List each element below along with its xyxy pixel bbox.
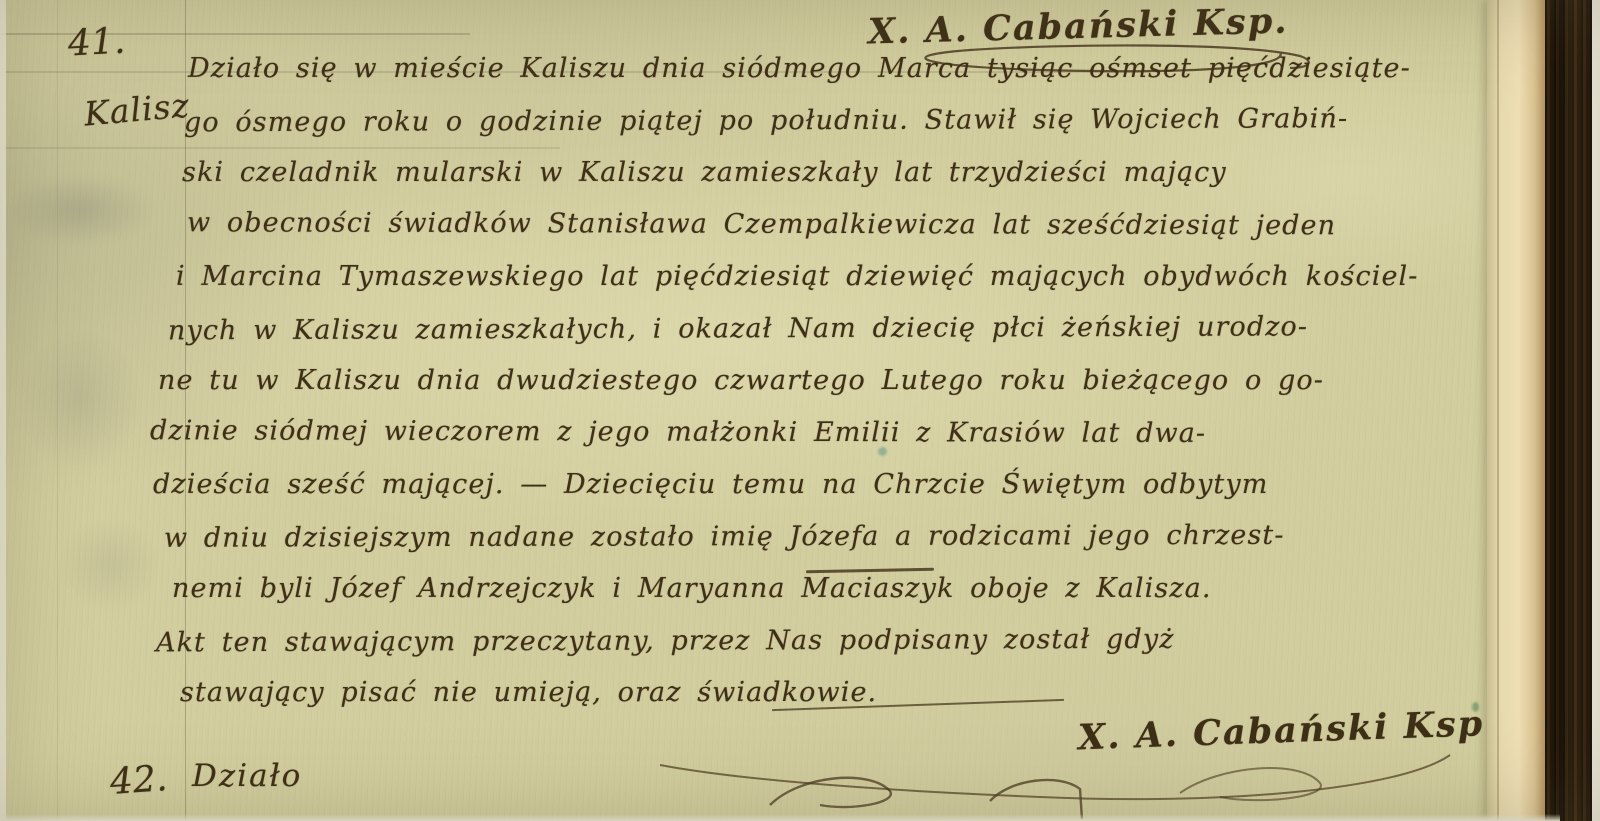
- document-scan: 41. Kalisz X. A. Cabański Ksp. Działo si…: [0, 0, 1600, 821]
- record-line: nych w Kaliszu zamieszkałych, i okazał N…: [168, 311, 1495, 368]
- record-line: dzieścia sześć mającej. — Dziecięciu tem…: [153, 469, 1495, 521]
- ink-bleedthrough: [60, 520, 160, 610]
- record-line: ski czeladnik mularski w Kaliszu zamiesz…: [182, 157, 1495, 209]
- priest-signature-top: X. A. Cabański Ksp.: [868, 1, 1289, 53]
- scan-edge: [1592, 0, 1600, 821]
- next-act-number: 42.: [109, 758, 169, 803]
- page-edge: [1487, 0, 1545, 821]
- record-line: w obecności świadków Stanisława Czempalk…: [187, 207, 1495, 262]
- act-number: 41.: [67, 21, 126, 65]
- record-body: Działo się w mieście Kaliszu dnia siódme…: [150, 53, 1495, 729]
- record-line: nemi byli Józef Andrzejczyk i Maryanna M…: [172, 573, 1495, 625]
- ink-bleedthrough: [20, 330, 140, 470]
- record-line: Akt ten stawającym przeczytany, przez Na…: [156, 623, 1495, 680]
- margin-rule: [57, 0, 58, 821]
- record-line: dzinie siódmej wieczorem z jego małżonki…: [150, 415, 1495, 471]
- record-line: w dniu dzisiejszym nadane zostało imię J…: [164, 519, 1495, 574]
- book-binding: [1545, 0, 1592, 821]
- record-line: go ósmego roku o godzinie piątej po połu…: [184, 103, 1495, 160]
- next-record-partial: Działo: [192, 758, 302, 794]
- ink-bleedthrough: [6, 175, 156, 245]
- record-line: i Marcina Tymaszewskiego lat pięćdziesią…: [176, 261, 1495, 313]
- scan-edge: [0, 0, 6, 821]
- record-line: Działo się w mieście Kaliszu dnia siódme…: [188, 53, 1495, 105]
- scan-edge: [0, 814, 1560, 821]
- record-line: ne tu w Kaliszu dnia dwudziestego czwart…: [158, 365, 1495, 417]
